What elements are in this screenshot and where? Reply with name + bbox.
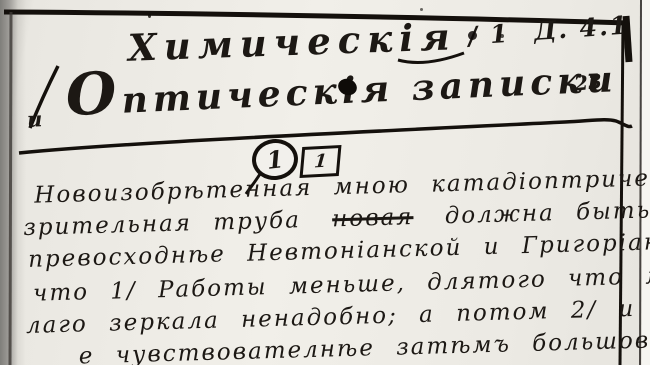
ink-speck [500,34,504,38]
left-margin-rule [10,12,11,365]
section-number-boxed-text: 1 [313,151,327,173]
body-line-2-struck-word: новая [332,204,414,232]
section-number-boxed: 1 [300,145,342,178]
section-number-circled-text: 1 [265,144,285,175]
manuscript-page: Химическія / 1 Д. 4.1 и Оптическія запис… [0,0,650,365]
page-number: 23. [573,68,610,96]
ink-blot [468,31,477,40]
ink-speck [420,8,423,11]
title-line2-prefix: и [27,106,48,132]
ink-speck [148,14,151,18]
